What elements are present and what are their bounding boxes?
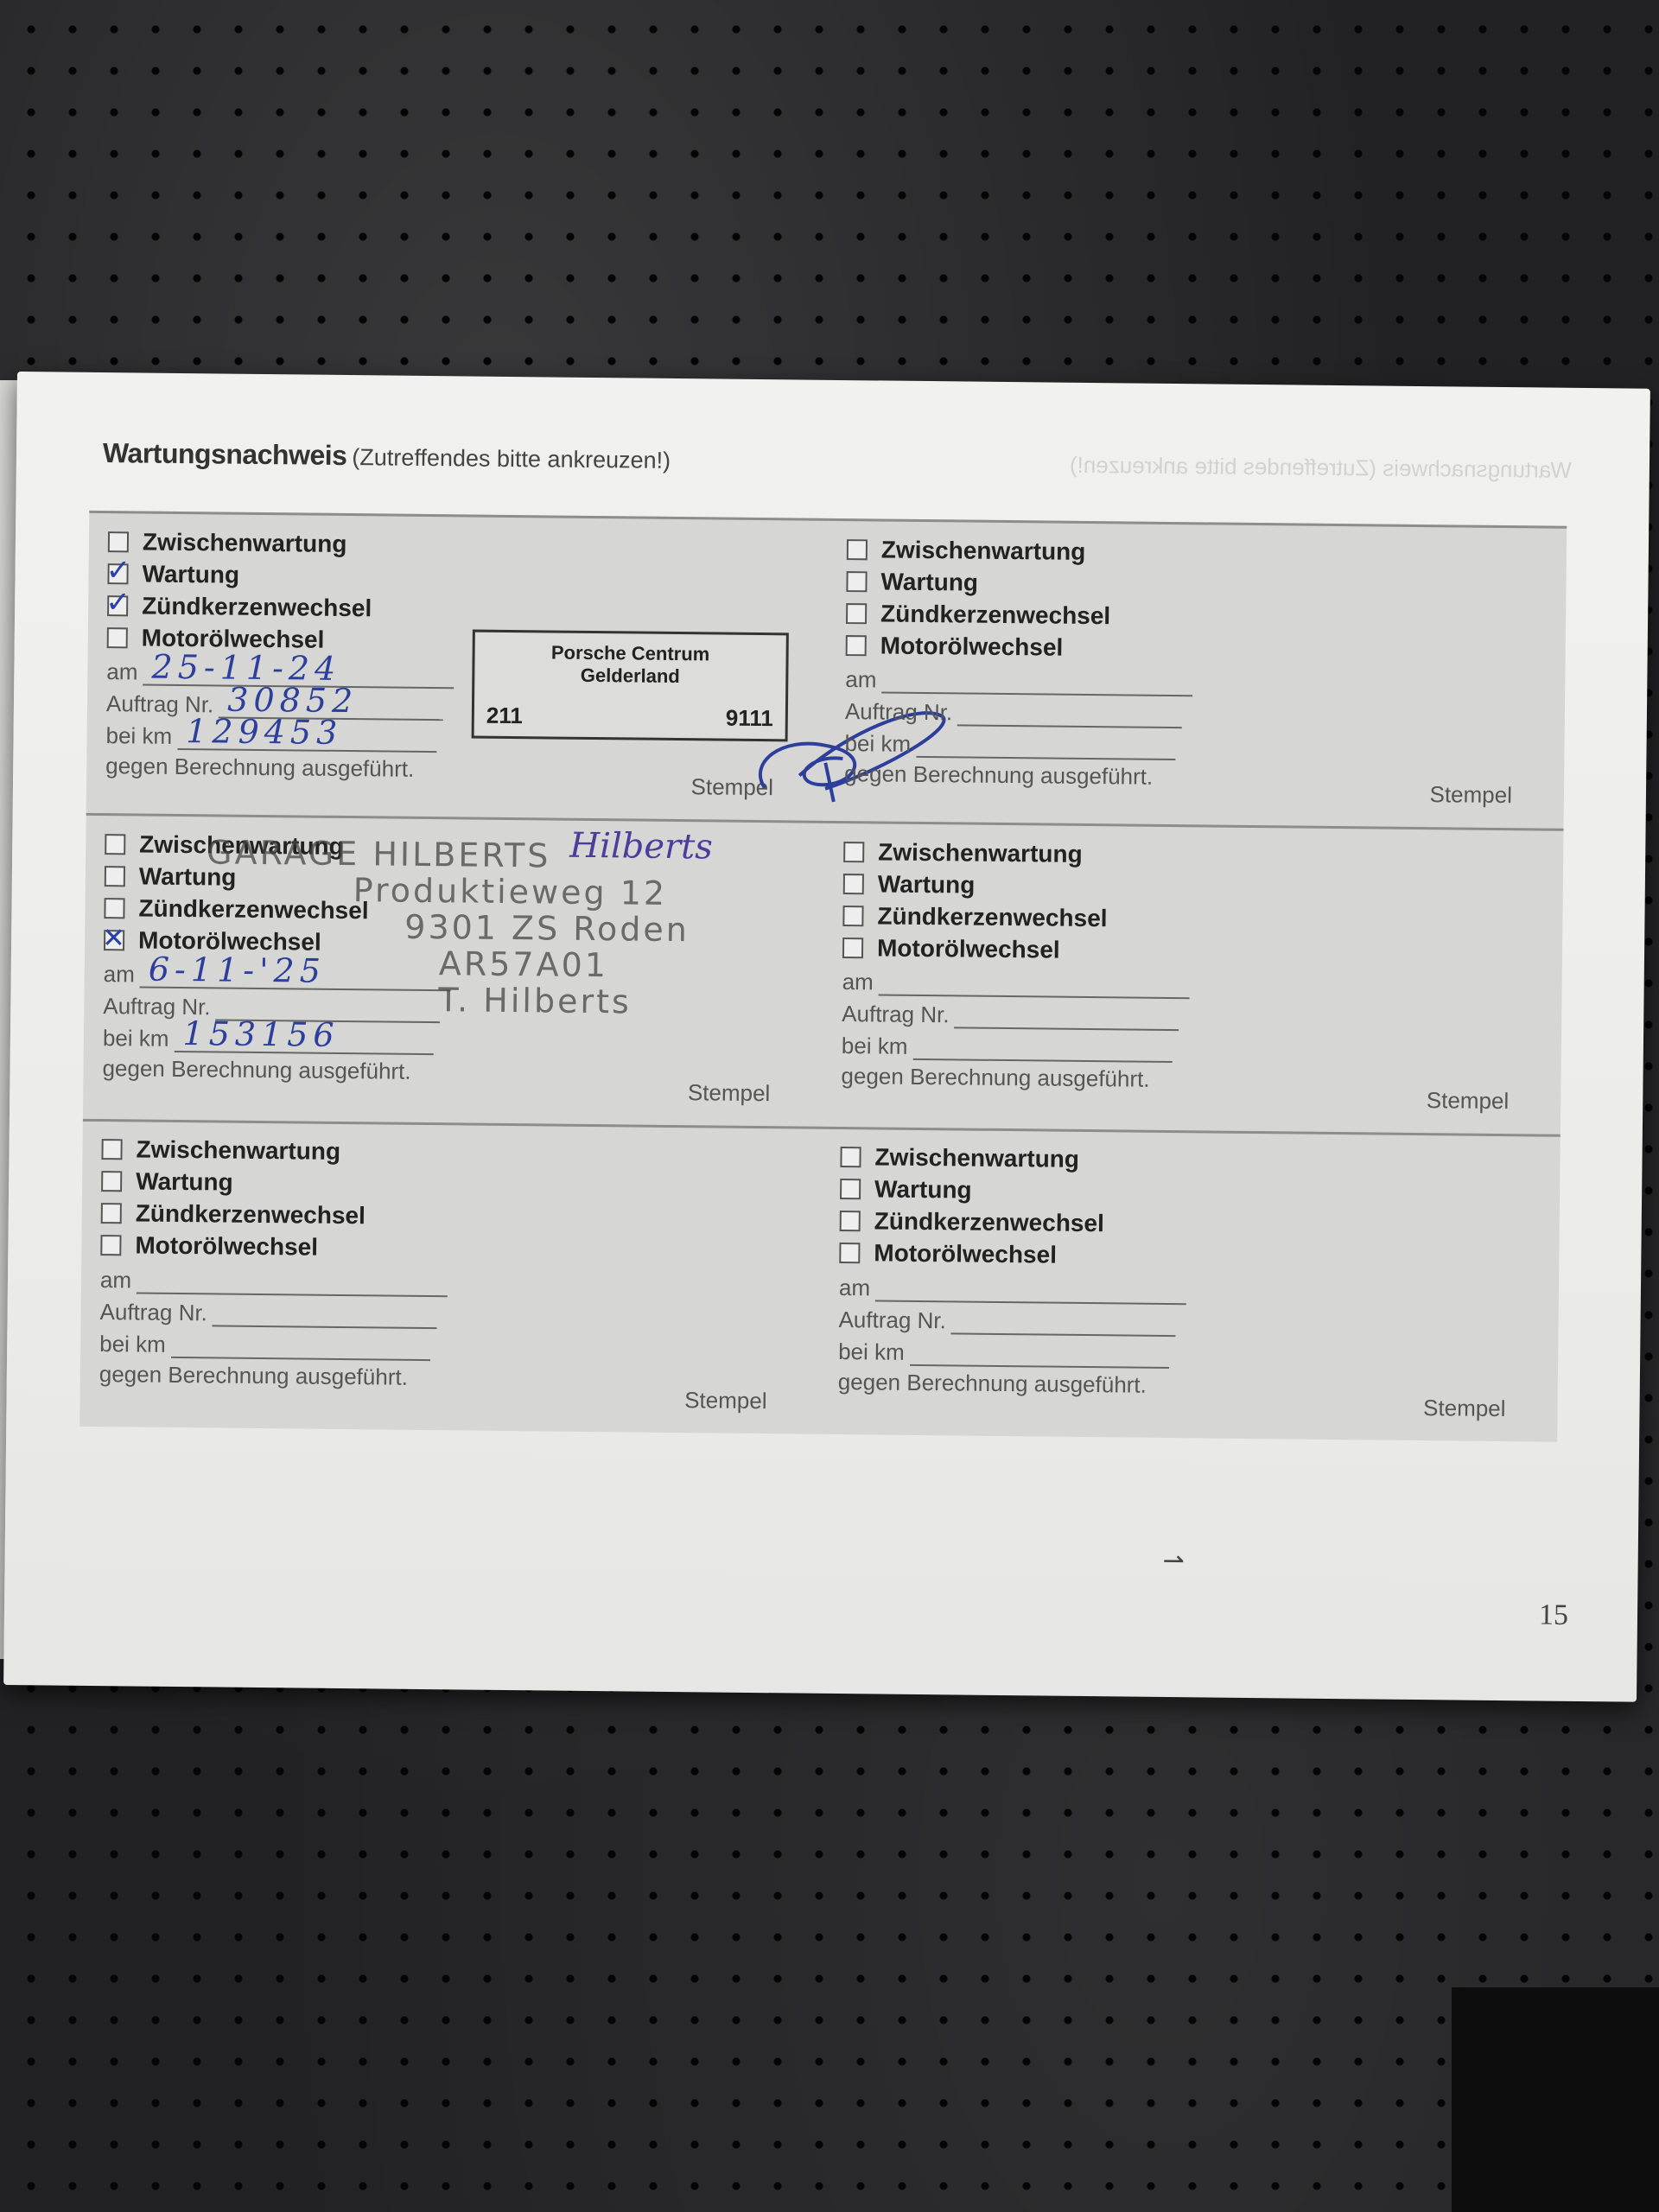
date-input-line[interactable] bbox=[879, 972, 1190, 1000]
option-label: Zündkerzenwechsel bbox=[880, 600, 1110, 630]
stamp-text: Gelderland bbox=[474, 664, 785, 690]
km-input-line[interactable]: 153156 bbox=[174, 1028, 433, 1055]
checkbox-zwischenwartung[interactable] bbox=[105, 834, 125, 855]
option-label: Wartung bbox=[880, 568, 978, 596]
page-number: 15 bbox=[1539, 1599, 1568, 1632]
record-block-right-top: ZwischenwartungWartungZündkerzenwechselM… bbox=[825, 518, 1567, 831]
record-block-left-bottom: ZwischenwartungWartungZündkerzenwechselM… bbox=[79, 1121, 822, 1433]
checkbox-zndkerzenwechsel[interactable] bbox=[842, 906, 863, 926]
km-input-line[interactable]: 129453 bbox=[177, 726, 436, 753]
option-label: Motorölwechsel bbox=[874, 1240, 1057, 1269]
checkbox-motorlwechsel[interactable] bbox=[842, 938, 863, 958]
stamp-label: Stempel bbox=[1423, 1395, 1506, 1422]
option-label: Wartung bbox=[874, 1176, 972, 1205]
option-label: Zündkerzenwechsel bbox=[877, 902, 1107, 932]
checkbox-motorlwechsel[interactable] bbox=[104, 930, 124, 950]
checkbox-motorlwechsel[interactable] bbox=[846, 635, 867, 656]
date-label: am bbox=[104, 961, 135, 988]
km-field: bei km bbox=[99, 1325, 800, 1364]
checkbox-wartung[interactable] bbox=[101, 1171, 122, 1192]
option-label: Zündkerzenwechsel bbox=[136, 1200, 365, 1230]
option-label: Zwischenwartung bbox=[881, 536, 1086, 565]
stamp-line: T. Hilberts bbox=[438, 982, 689, 1020]
order-label: Auftrag Nr. bbox=[842, 1001, 950, 1028]
checkbox-zndkerzenwechsel[interactable] bbox=[107, 595, 128, 616]
checkbox-wartung[interactable] bbox=[843, 874, 864, 894]
stamp-line: 9301 ZS Roden bbox=[404, 909, 690, 948]
km-label: bei km bbox=[838, 1338, 905, 1366]
stamp-label: Stempel bbox=[1427, 1087, 1510, 1115]
date-label: am bbox=[842, 969, 873, 995]
stray-pen-mark: ⇀ bbox=[1162, 1546, 1185, 1576]
checkbox-zwischenwartung[interactable] bbox=[843, 842, 864, 862]
date-label: am bbox=[839, 1274, 870, 1301]
option-label: Wartung bbox=[878, 870, 976, 899]
title-text: Wartungsnachweis bbox=[103, 437, 347, 471]
page-title: Wartungsnachweis(Zutreffendes bitte ankr… bbox=[103, 437, 671, 475]
handwritten-initials: Hilberts bbox=[569, 826, 713, 868]
record-block-right-bottom: ZwischenwartungWartungZündkerzenwechselM… bbox=[818, 1128, 1560, 1441]
dealer-stamp: Porsche CentrumGelderland2119111 bbox=[472, 630, 789, 742]
handwritten-km: 153156 bbox=[182, 1014, 340, 1054]
option-label: Zündkerzenwechsel bbox=[874, 1208, 1104, 1238]
checkbox-zndkerzenwechsel[interactable] bbox=[846, 603, 867, 624]
checkbox-zwischenwartung[interactable] bbox=[840, 1147, 861, 1167]
handwritten-km: 129453 bbox=[186, 712, 343, 752]
bleed-through-text: Wartungsnachweis (Zutreffendes bitte ank… bbox=[1070, 452, 1572, 484]
maintenance-record-grid: ZwischenwartungWartungZündkerzenwechselM… bbox=[79, 511, 1567, 1442]
km-label: bei km bbox=[105, 722, 172, 750]
km-input-line[interactable] bbox=[916, 734, 1175, 760]
km-input-line[interactable] bbox=[912, 1036, 1172, 1063]
stamp-label: Stempel bbox=[684, 1387, 767, 1414]
order-label: Auftrag Nr. bbox=[845, 698, 953, 726]
order-label: Auftrag Nr. bbox=[838, 1306, 946, 1334]
stamp-text: Porsche Centrum bbox=[474, 641, 785, 667]
km-field: bei km bbox=[844, 725, 1545, 764]
order-input-line[interactable] bbox=[957, 702, 1182, 728]
order-input-line[interactable] bbox=[951, 1310, 1176, 1337]
checkbox-zwischenwartung[interactable] bbox=[847, 539, 868, 560]
stamp-line: Produktieweg 12 bbox=[353, 872, 690, 912]
km-label: bei km bbox=[103, 1025, 169, 1052]
seat-shadow bbox=[1452, 1987, 1659, 2212]
date-input-line[interactable] bbox=[875, 1277, 1186, 1305]
checkbox-zwischenwartung[interactable] bbox=[101, 1139, 122, 1160]
order-input-line[interactable] bbox=[213, 1302, 437, 1329]
stamp-text: 211 bbox=[486, 702, 523, 729]
date-label: am bbox=[106, 658, 137, 685]
checkbox-motorlwechsel[interactable] bbox=[839, 1243, 860, 1263]
km-field: bei km153156 bbox=[103, 1020, 804, 1058]
checkbox-wartung[interactable] bbox=[846, 571, 867, 592]
checkbox-zwischenwartung[interactable] bbox=[108, 531, 129, 552]
checkbox-motorlwechsel[interactable] bbox=[100, 1235, 121, 1255]
checkbox-zndkerzenwechsel[interactable] bbox=[104, 898, 124, 918]
option-label: Zwischenwartung bbox=[878, 838, 1083, 868]
option-label: Zwischenwartung bbox=[143, 528, 347, 557]
option-label: Wartung bbox=[142, 560, 239, 588]
checkbox-zndkerzenwechsel[interactable] bbox=[840, 1211, 861, 1231]
date-label: am bbox=[100, 1267, 131, 1294]
km-field: bei km bbox=[842, 1027, 1542, 1066]
option-label: Motorölwechsel bbox=[880, 632, 1064, 661]
option-label: Zwischenwartung bbox=[874, 1144, 1079, 1173]
title-instruction: (Zutreffendes bitte ankreuzen!) bbox=[352, 444, 671, 474]
option-label: Motorölwechsel bbox=[877, 934, 1060, 963]
order-input-line[interactable] bbox=[954, 1005, 1179, 1032]
date-input-line[interactable] bbox=[881, 669, 1192, 696]
order-label: Auftrag Nr. bbox=[99, 1299, 207, 1326]
record-block-right-middle: ZwischenwartungWartungZündkerzenwechselM… bbox=[822, 823, 1564, 1136]
km-label: bei km bbox=[844, 730, 911, 758]
km-field: bei km bbox=[838, 1333, 1539, 1372]
km-input-line[interactable] bbox=[171, 1334, 430, 1361]
checkbox-motorlwechsel[interactable] bbox=[107, 627, 128, 648]
checkbox-zndkerzenwechsel[interactable] bbox=[101, 1203, 122, 1224]
option-label: Zwischenwartung bbox=[136, 1136, 340, 1166]
stamp-label: Stempel bbox=[1429, 781, 1512, 809]
km-label: bei km bbox=[842, 1033, 908, 1060]
checkbox-wartung[interactable] bbox=[107, 563, 128, 584]
stamp-line: AR57A01 bbox=[439, 945, 690, 984]
stamp-label: Stempel bbox=[688, 1079, 771, 1107]
checkbox-wartung[interactable] bbox=[840, 1179, 861, 1199]
date-input-line[interactable] bbox=[137, 1269, 448, 1297]
checkbox-wartung[interactable] bbox=[105, 866, 125, 887]
record-block-left-middle: ZwischenwartungWartungZündkerzenwechselM… bbox=[83, 816, 825, 1128]
service-booklet-page: Wartungsnachweis(Zutreffendes bitte ankr… bbox=[3, 372, 1650, 1702]
date-label: am bbox=[845, 666, 876, 693]
option-label: Zündkerzenwechsel bbox=[142, 592, 372, 622]
km-label: bei km bbox=[99, 1331, 166, 1358]
km-input-line[interactable] bbox=[910, 1342, 1169, 1369]
option-label: Motorölwechsel bbox=[135, 1232, 318, 1262]
record-block-left-top: ZwischenwartungWartungZündkerzenwechselM… bbox=[86, 511, 829, 823]
option-label: Wartung bbox=[136, 1168, 233, 1197]
